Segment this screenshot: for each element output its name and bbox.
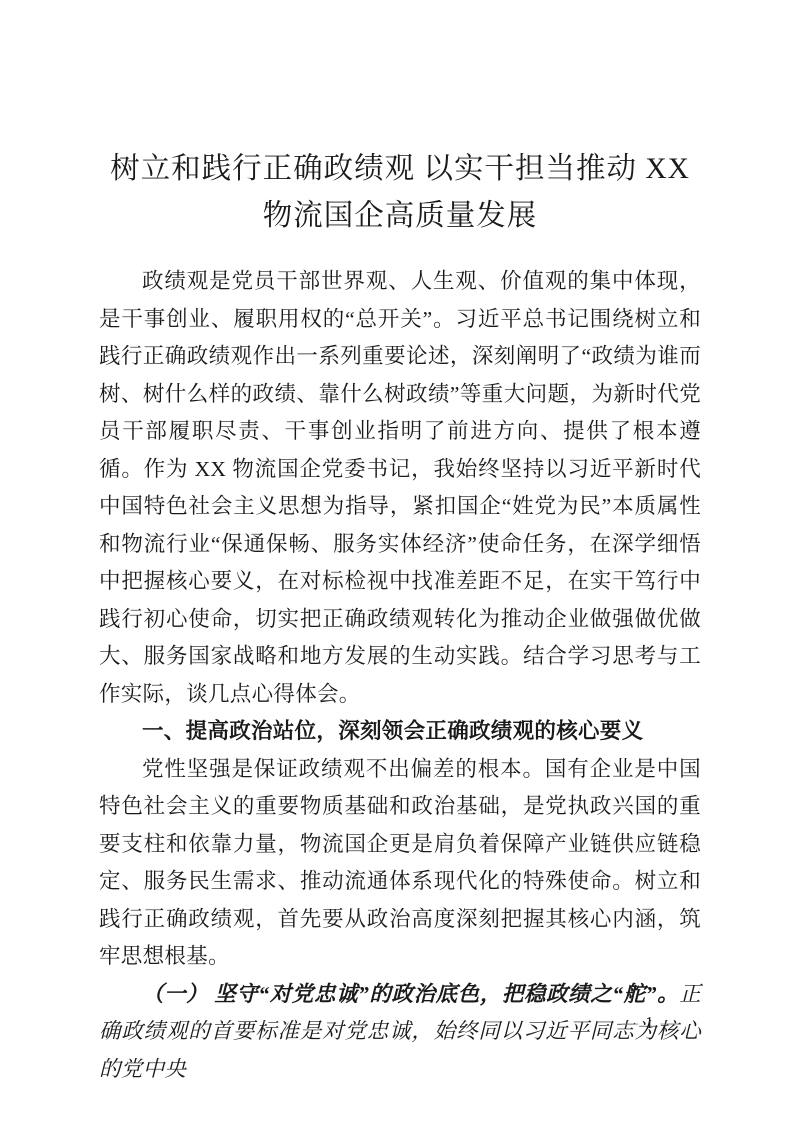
document-title: 树立和践行正确政绩观 以实干担当推动 XX 物流国企高质量发展	[95, 146, 705, 240]
section-1-heading: 一、提高政治站位，深刻领会正确政绩观的核心要义	[99, 713, 701, 751]
section-1-paragraph: 党性坚强是保证政绩观不出偏差的根本。国有企业是中国特色社会主义的重要物质基础和政…	[99, 751, 701, 976]
page-number-value: 1	[638, 1013, 660, 1032]
page-number-right-dash: —	[661, 1013, 678, 1032]
document-body: 政绩观是党员干部世界观、人生观、价值观的集中体现，是干事创业、履职用权的“总开关…	[99, 263, 701, 1088]
subsection-1-paragraph: （一） 坚守“对党忠诚”的政治底色，把稳政绩之“舵”。正确政绩观的首要标准是对党…	[99, 976, 701, 1089]
subsection-1-lead: （一） 坚守“对党忠诚”的政治底色，把稳政绩之“舵”。	[142, 982, 679, 1006]
intro-paragraph: 政绩观是党员干部世界观、人生观、价值观的集中体现，是干事创业、履职用权的“总开关…	[99, 263, 701, 713]
document-page: 树立和践行正确政绩观 以实干担当推动 XX 物流国企高质量发展 政绩观是党员干部…	[0, 0, 793, 1122]
page-number: —1—	[622, 1012, 677, 1034]
page-number-left-dash: —	[622, 1013, 639, 1032]
